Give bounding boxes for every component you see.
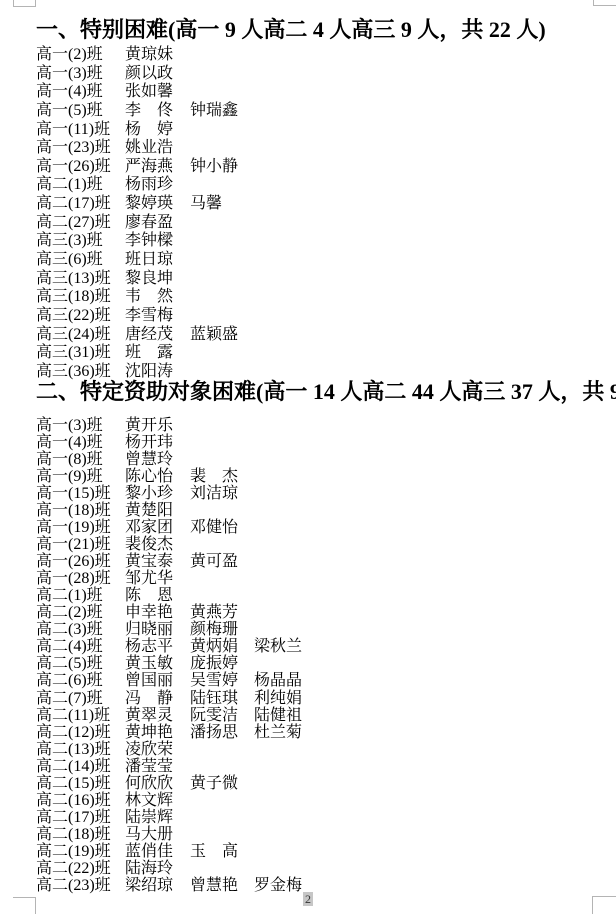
- student-row: 高一(26)班黄宝泰黄可盈: [36, 548, 596, 565]
- student-row: 高一(8)班曾慧玲: [36, 446, 596, 463]
- student-name: 邓健怡: [190, 514, 254, 537]
- student-row: 高二(23)班梁绍琼曾慧艳罗金梅: [36, 872, 596, 889]
- student-row: 高一(5)班李 佟钟瑞鑫: [36, 97, 596, 116]
- student-name: 潘扬思: [190, 719, 254, 742]
- student-name: 玉 高: [190, 838, 254, 861]
- student-row: 高一(3)班黄开乐: [36, 412, 596, 429]
- student-row: 高一(9)班陈心怡裴 杰: [36, 463, 596, 480]
- student-row: 高一(26)班严海燕钟小静: [36, 153, 596, 172]
- student-row: 高一(2)班黄琼妹: [36, 41, 596, 60]
- section-1-student-list: 高一(2)班黄琼妹高一(3)班颜以政高一(4)班张如馨高一(5)班李 佟钟瑞鑫高…: [36, 41, 596, 377]
- student-row: 高二(17)班陆崇辉: [36, 804, 596, 821]
- student-row: 高二(11)班黄翠灵阮雯洁陆健祖: [36, 702, 596, 719]
- student-row: 高二(4)班杨志平黄炳娟梁秋兰: [36, 633, 596, 650]
- student-row: 高三(31)班班 露: [36, 339, 596, 358]
- student-row: 高二(14)班潘莹莹: [36, 753, 596, 770]
- student-row: 高二(17)班黎婷瑛马馨: [36, 190, 596, 209]
- student-name: 蓝颖盛: [190, 321, 254, 344]
- section-1-title: 一、特别困难(高一 9 人高二 4 人高三 9 人，共 22 人): [36, 13, 546, 44]
- student-row: 高一(4)班张如馨: [36, 78, 596, 97]
- student-row: 高一(18)班黄楚阳: [36, 497, 596, 514]
- text-boundary-corner-mark-top-left: [13, 0, 36, 7]
- student-row: 高二(12)班黄坤艳潘扬思杜兰菊: [36, 719, 596, 736]
- section-2-student-list: 高一(3)班黄开乐高一(4)班杨开玮高一(8)班曾慧玲高一(9)班陈心怡裴 杰高…: [36, 412, 596, 889]
- student-row: 高一(23)班姚业浩: [36, 134, 596, 153]
- student-row: 高三(18)班韦 然: [36, 283, 596, 302]
- student-row: 高三(24)班唐经茂蓝颖盛: [36, 321, 596, 340]
- student-row: 高一(21)班裴俊杰: [36, 531, 596, 548]
- student-name: 钟小静: [190, 153, 254, 176]
- page-footer: 2: [0, 890, 616, 908]
- student-row: 高二(16)班林文辉: [36, 787, 596, 804]
- student-row: 高二(1)班陈 恩: [36, 582, 596, 599]
- text-boundary-corner-mark-top-right: [593, 0, 616, 6]
- student-name: 杜兰菊: [254, 719, 344, 742]
- student-row: 高一(11)班杨 婷: [36, 116, 596, 135]
- student-name: 梁秋兰: [254, 633, 344, 656]
- student-row: 高一(19)班邓家团邓健怡: [36, 514, 596, 531]
- student-row: 高二(2)班申幸艳黄燕芳: [36, 599, 596, 616]
- student-row: 高一(4)班杨开玮: [36, 429, 596, 446]
- student-row: 高二(27)班廖春盈: [36, 209, 596, 228]
- student-row: 高三(3)班李钟樑: [36, 227, 596, 246]
- student-row: 高二(19)班蓝俏佳玉 高: [36, 838, 596, 855]
- document-page: 一、特别困难(高一 9 人高二 4 人高三 9 人，共 22 人) 高一(2)班…: [0, 0, 616, 914]
- student-name: 黄可盈: [190, 548, 254, 571]
- student-row: 高一(28)班邹尤华: [36, 565, 596, 582]
- student-name: 马馨: [190, 190, 254, 213]
- page-number-field: 2: [303, 892, 313, 906]
- student-row: 高二(6)班曾国丽吴雪婷杨晶晶: [36, 667, 596, 684]
- student-row: 高三(13)班黎良坤: [36, 265, 596, 284]
- student-row: 高一(3)班颜以政: [36, 60, 596, 79]
- student-row: 高三(22)班李雪梅: [36, 302, 596, 321]
- student-name: 刘洁琼: [190, 480, 254, 503]
- section-2-title: 二、特定资助对象困难(高一 14 人高二 44 人高三 37 人，共 95 人): [36, 375, 616, 406]
- student-row: 高二(3)班归晓丽颜梅珊: [36, 616, 596, 633]
- student-row: 高二(18)班马大册: [36, 821, 596, 838]
- student-name: 黄子微: [190, 770, 254, 793]
- student-name: 钟瑞鑫: [190, 97, 254, 120]
- student-row: 高一(15)班黎小珍刘洁琼: [36, 480, 596, 497]
- student-row: 高二(1)班杨雨珍: [36, 171, 596, 190]
- student-row: 高二(15)班何欣欣黄子微: [36, 770, 596, 787]
- student-row: 高三(36)班沈阳涛: [36, 358, 596, 377]
- student-row: 高三(6)班班日琼: [36, 246, 596, 265]
- student-row: 高二(22)班陆海玲: [36, 855, 596, 872]
- student-row: 高二(7)班冯 静陆钰琪利纯娟: [36, 685, 596, 702]
